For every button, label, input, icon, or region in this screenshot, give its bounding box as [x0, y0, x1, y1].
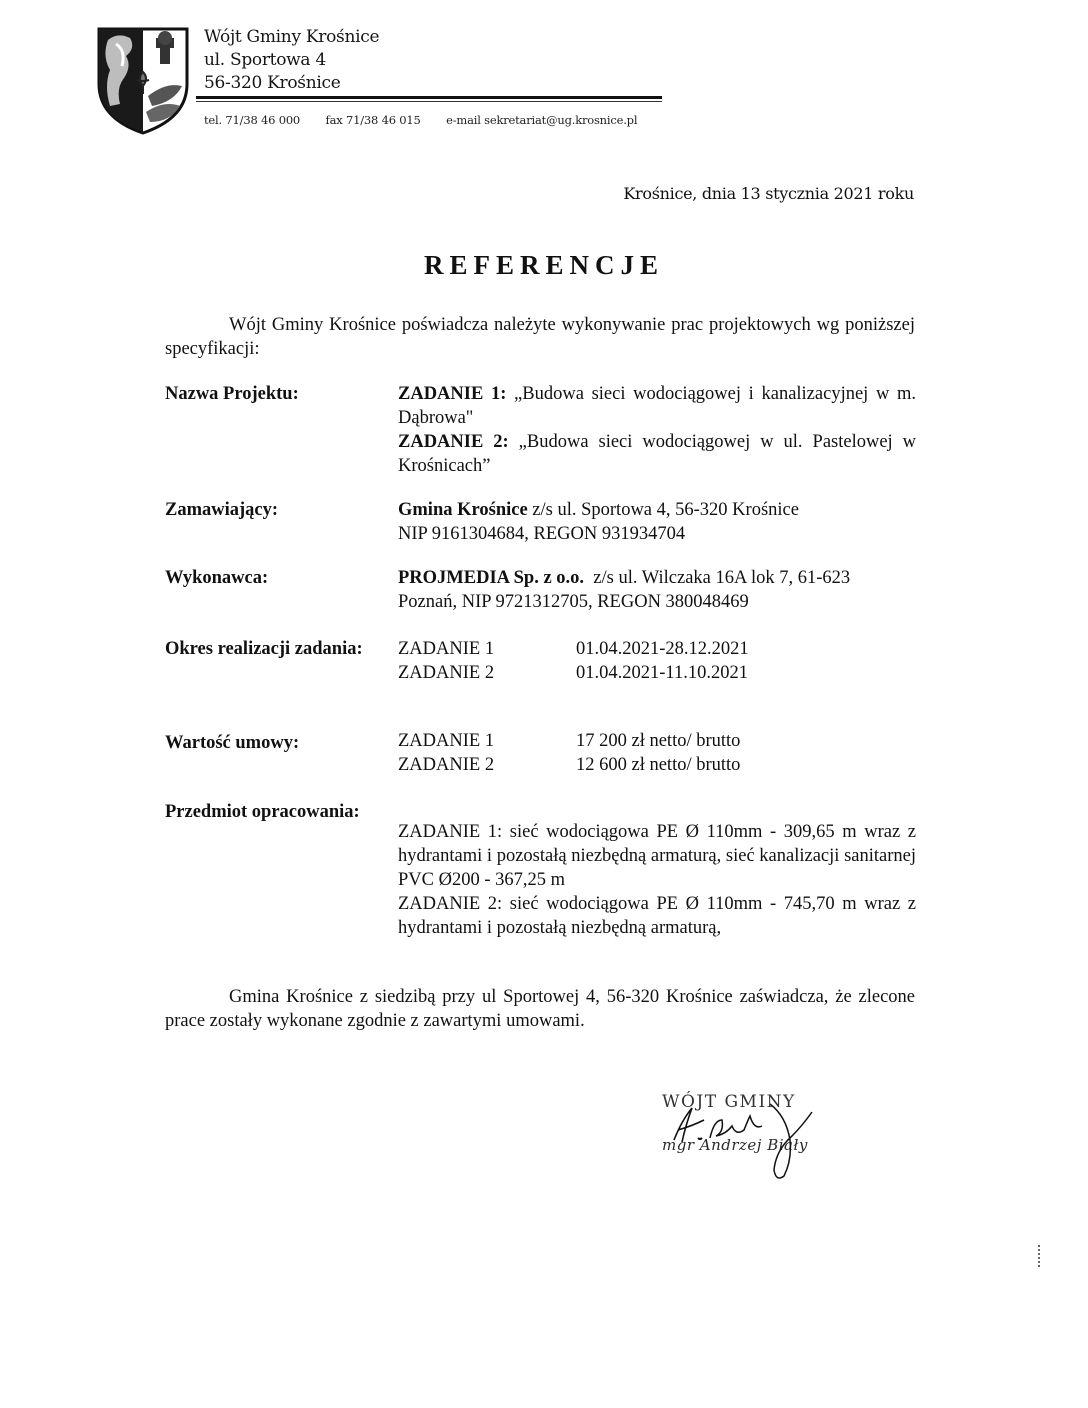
- contract-task: ZADANIE 2: [398, 753, 576, 777]
- contractor-name: PROJMEDIA Sp. z o.o.: [398, 568, 584, 588]
- document-title: REFERENCJE: [0, 250, 1088, 281]
- contract-value-row: ZADANIE 212 600 zł netto/ brutto: [398, 753, 740, 777]
- contractor-address: z/s ul. Wilczaka 16A lok 7, 61-623: [584, 568, 850, 588]
- coat-of-arms-icon: [96, 26, 190, 136]
- document-date: Krośnice, dnia 13 stycznia 2021 roku: [623, 184, 914, 203]
- contract-value-table: ZADANIE 117 200 zł netto/ brutto ZADANIE…: [398, 729, 740, 777]
- intro-paragraph: Wójt Gminy Krośnice poświadcza należyte …: [165, 313, 915, 361]
- office-street: ul. Sportowa 4: [204, 49, 379, 72]
- letterhead-rule-thin: [196, 101, 662, 102]
- closing-text: Gmina Krośnice z siedzibą przy ul Sporto…: [165, 987, 915, 1031]
- letterhead-rule: [196, 96, 662, 99]
- scan-artifact: [1038, 1245, 1042, 1267]
- contract-amount: 17 200 zł netto/ brutto: [576, 731, 740, 751]
- project-task-1: ZADANIE 1: „Budowa sieci wodociągowej i …: [398, 382, 916, 430]
- closing-paragraph: Gmina Krośnice z siedzibą przy ul Sporto…: [165, 985, 915, 1033]
- client-label: Zamawiający:: [165, 500, 278, 521]
- client-value: Gmina Krośnice z/s ul. Sportowa 4, 56-32…: [398, 498, 916, 546]
- task-2-tag: ZADANIE 2:: [398, 432, 509, 452]
- period-row: ZADANIE 201.04.2021-11.10.2021: [398, 661, 749, 685]
- contract-value-label: Wartość umowy:: [165, 733, 299, 754]
- period-task: ZADANIE 2: [398, 661, 576, 685]
- office-name: Wójt Gminy Krośnice: [204, 26, 379, 49]
- subject-label: Przedmiot opracowania:: [165, 802, 360, 823]
- handwritten-signature-icon: [652, 1090, 822, 1185]
- client-name: Gmina Krośnice: [398, 500, 528, 520]
- subject-task-1: ZADANIE 1: sieć wodociągowa PE Ø 110mm -…: [398, 820, 916, 892]
- email: e-mail sekretariat@ug.krosnice.pl: [446, 113, 637, 127]
- intro-text: Wójt Gminy Krośnice poświadcza należyte …: [165, 315, 915, 359]
- client-address: z/s ul. Sportowa 4, 56-320 Krośnice: [528, 500, 799, 520]
- period-value: 01.04.2021-11.10.2021: [576, 663, 748, 683]
- project-label: Nazwa Projektu:: [165, 384, 299, 405]
- contract-value-row: ZADANIE 117 200 zł netto/ brutto: [398, 729, 740, 753]
- task-1-tag: ZADANIE 1:: [398, 384, 506, 404]
- contractor-address-2: Poznań, NIP 9721312705, REGON 380048469: [398, 590, 916, 614]
- contract-amount: 12 600 zł netto/ brutto: [576, 755, 740, 775]
- period-row: ZADANIE 101.04.2021-28.12.2021: [398, 637, 749, 661]
- period-task: ZADANIE 1: [398, 637, 576, 661]
- letterhead-address: Wójt Gminy Krośnice ul. Sportowa 4 56-32…: [204, 26, 379, 95]
- contractor-label: Wykonawca:: [165, 568, 268, 589]
- contractor-value: PROJMEDIA Sp. z o.o. z/s ul. Wilczaka 16…: [398, 566, 916, 614]
- office-city: 56-320 Krośnice: [204, 72, 379, 95]
- subject-task-2: ZADANIE 2: sieć wodociągowa PE Ø 110mm -…: [398, 892, 916, 940]
- contract-task: ZADANIE 1: [398, 729, 576, 753]
- project-task-2: ZADANIE 2: „Budowa sieci wodociągowej w …: [398, 430, 916, 478]
- period-label: Okres realizacji zadania:: [165, 639, 363, 660]
- client-ids: NIP 9161304684, REGON 931934704: [398, 522, 916, 546]
- fax: fax 71/38 46 015: [326, 113, 421, 127]
- period-table: ZADANIE 101.04.2021-28.12.2021 ZADANIE 2…: [398, 637, 749, 685]
- letterhead-contact: tel. 71/38 46 000 fax 71/38 46 015 e-mai…: [204, 113, 659, 127]
- phone: tel. 71/38 46 000: [204, 113, 300, 127]
- period-value: 01.04.2021-28.12.2021: [576, 639, 749, 659]
